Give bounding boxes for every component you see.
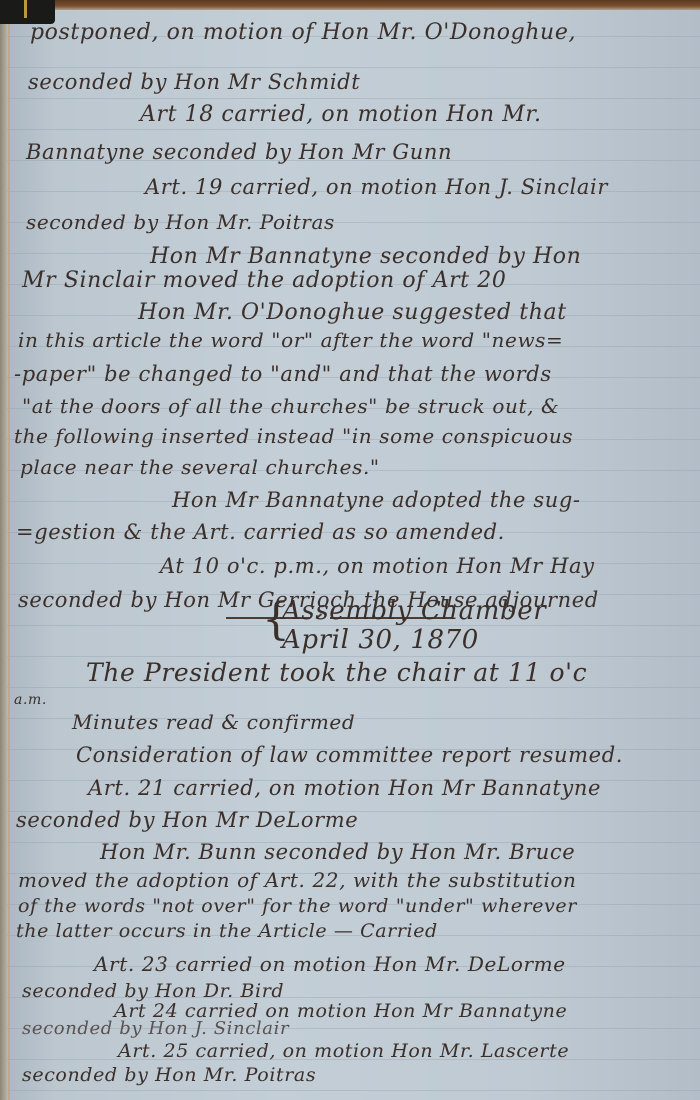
- text-line: in this article the word "or" after the …: [18, 328, 563, 352]
- text-line: Mr Sinclair moved the adoption of Art 20: [22, 268, 506, 293]
- text-line: Art. 23 carried on motion Hon Mr. DeLorm…: [94, 952, 566, 976]
- text-line: a.m.: [14, 692, 47, 708]
- text-line: Hon Mr Bannatyne adopted the sug-: [172, 488, 581, 512]
- text-line: Bannatyne seconded by Hon Mr Gunn: [26, 140, 452, 164]
- margin-line: [8, 0, 10, 1100]
- text-line: the latter occurs in the Article — Carri…: [16, 920, 438, 942]
- page-edge: [0, 0, 7, 1100]
- text-line: "at the doors of all the churches" be st…: [22, 394, 559, 418]
- text-line: Hon Mr Bannatyne seconded by Hon: [150, 244, 581, 269]
- text-line: place near the several churches.": [20, 455, 380, 479]
- text-line: of the words "not over" for the word "un…: [18, 895, 577, 917]
- text-line: Art 18 carried, on motion Hon Mr.: [140, 102, 542, 127]
- manuscript-page: postponed, on motion of Hon Mr. O'Donogh…: [0, 0, 700, 1100]
- text-line: -paper" be changed to "and" and that the…: [14, 362, 552, 386]
- book-binding: [0, 0, 700, 10]
- text-line: Hon Mr. Bunn seconded by Hon Mr. Bruce: [100, 840, 575, 864]
- text-line: At 10 o'c. p.m., on motion Hon Mr Hay: [160, 554, 595, 578]
- text-line: seconded by Hon Mr Schmidt: [28, 70, 360, 94]
- text-line: =gestion & the Art. carried as so amende…: [16, 520, 505, 544]
- text-line: seconded by Hon Mr. Poitras: [22, 1064, 316, 1086]
- text-line: moved the adoption of Art. 22, with the …: [18, 868, 576, 892]
- text-line: Minutes read & confirmed: [72, 710, 355, 734]
- text-line: seconded by Hon Mr DeLorme: [16, 808, 358, 832]
- text-line: Art. 25 carried, on motion Hon Mr. Lasce…: [118, 1040, 569, 1062]
- text-line: Hon Mr. O'Donoghue suggested that: [138, 300, 567, 325]
- text-line: the following inserted instead "in some …: [14, 424, 573, 448]
- text-line: seconded by Hon J. Sinclair: [22, 1018, 289, 1039]
- heading-date: April 30, 1870: [282, 625, 479, 655]
- text-line: The President took the chair at 11 o'c: [86, 658, 587, 687]
- heading-place: Assembly Chamber: [282, 596, 546, 626]
- text-line: seconded by Hon Mr. Poitras: [26, 210, 335, 234]
- text-line: postponed, on motion of Hon Mr. O'Donogh…: [30, 20, 576, 45]
- text-line: seconded by Hon Dr. Bird: [22, 980, 284, 1002]
- text-line: Art. 19 carried, on motion Hon J. Sincla…: [145, 175, 608, 199]
- text-line: Art. 21 carried, on motion Hon Mr Bannat…: [88, 776, 601, 800]
- text-line: Consideration of law committee report re…: [76, 743, 623, 767]
